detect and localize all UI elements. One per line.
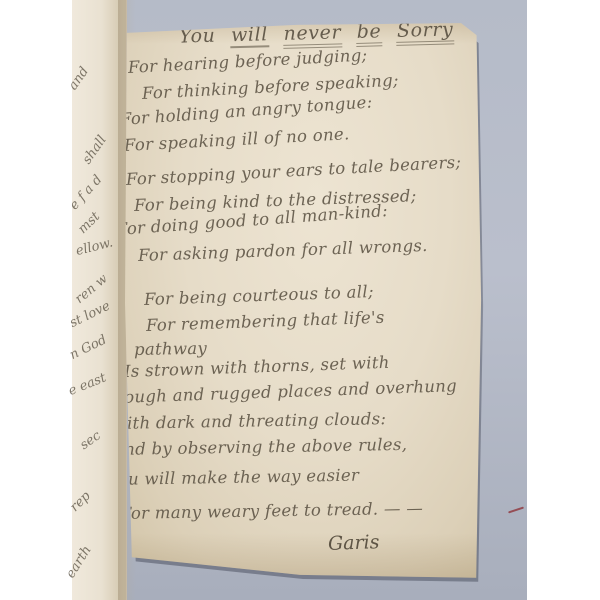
poem-line: For stopping your ears to tale bearers; bbox=[126, 152, 462, 189]
poem-line: For being courteous to all; bbox=[144, 282, 374, 309]
handwritten-page: You will never be Sorry Garis For hearin… bbox=[108, 18, 486, 588]
facing-page-text-fragment: n God bbox=[67, 332, 109, 363]
title-word: be bbox=[355, 20, 382, 47]
facing-page-text-fragment: e east bbox=[66, 370, 108, 399]
facing-page-text-fragment: and bbox=[66, 64, 92, 93]
poem-line: For remembering that life's bbox=[146, 308, 385, 335]
poem-line: You will make the way easier bbox=[108, 466, 359, 489]
poem-line: For speaking ill of no one. bbox=[124, 124, 350, 155]
poem-line: And by observing the above rules, bbox=[112, 435, 408, 459]
facing-page-text-fragment: e f a d bbox=[67, 173, 106, 213]
facing-page-text-fragment: shall bbox=[80, 133, 110, 167]
signature: Garis bbox=[328, 531, 380, 555]
photo-of-open-notebook: andshalle f a dmstellow.ren wst loven Go… bbox=[0, 0, 600, 600]
facing-page-text-fragment: rep bbox=[67, 489, 93, 515]
facing-page-text-fragment: earth bbox=[63, 543, 94, 581]
title-word: never bbox=[282, 21, 342, 49]
poem-line: For hearing before judging; bbox=[128, 45, 368, 77]
poem-line: For many weary feet to tread. — — bbox=[120, 499, 423, 523]
facing-page-text-fragment: mst bbox=[75, 209, 103, 237]
facing-page-text-fragment: st love bbox=[67, 299, 112, 331]
facing-page-text-fragment: sec bbox=[77, 428, 103, 453]
poem-line: For asking pardon for all wrongs. bbox=[138, 236, 428, 265]
poem-line: pathway bbox=[134, 339, 207, 359]
poem-line: With dark and threating clouds: bbox=[110, 409, 387, 433]
poem-line: rough and rugged places and overhung bbox=[116, 376, 458, 407]
facing-page-text-fragment: ellow. bbox=[74, 235, 114, 259]
